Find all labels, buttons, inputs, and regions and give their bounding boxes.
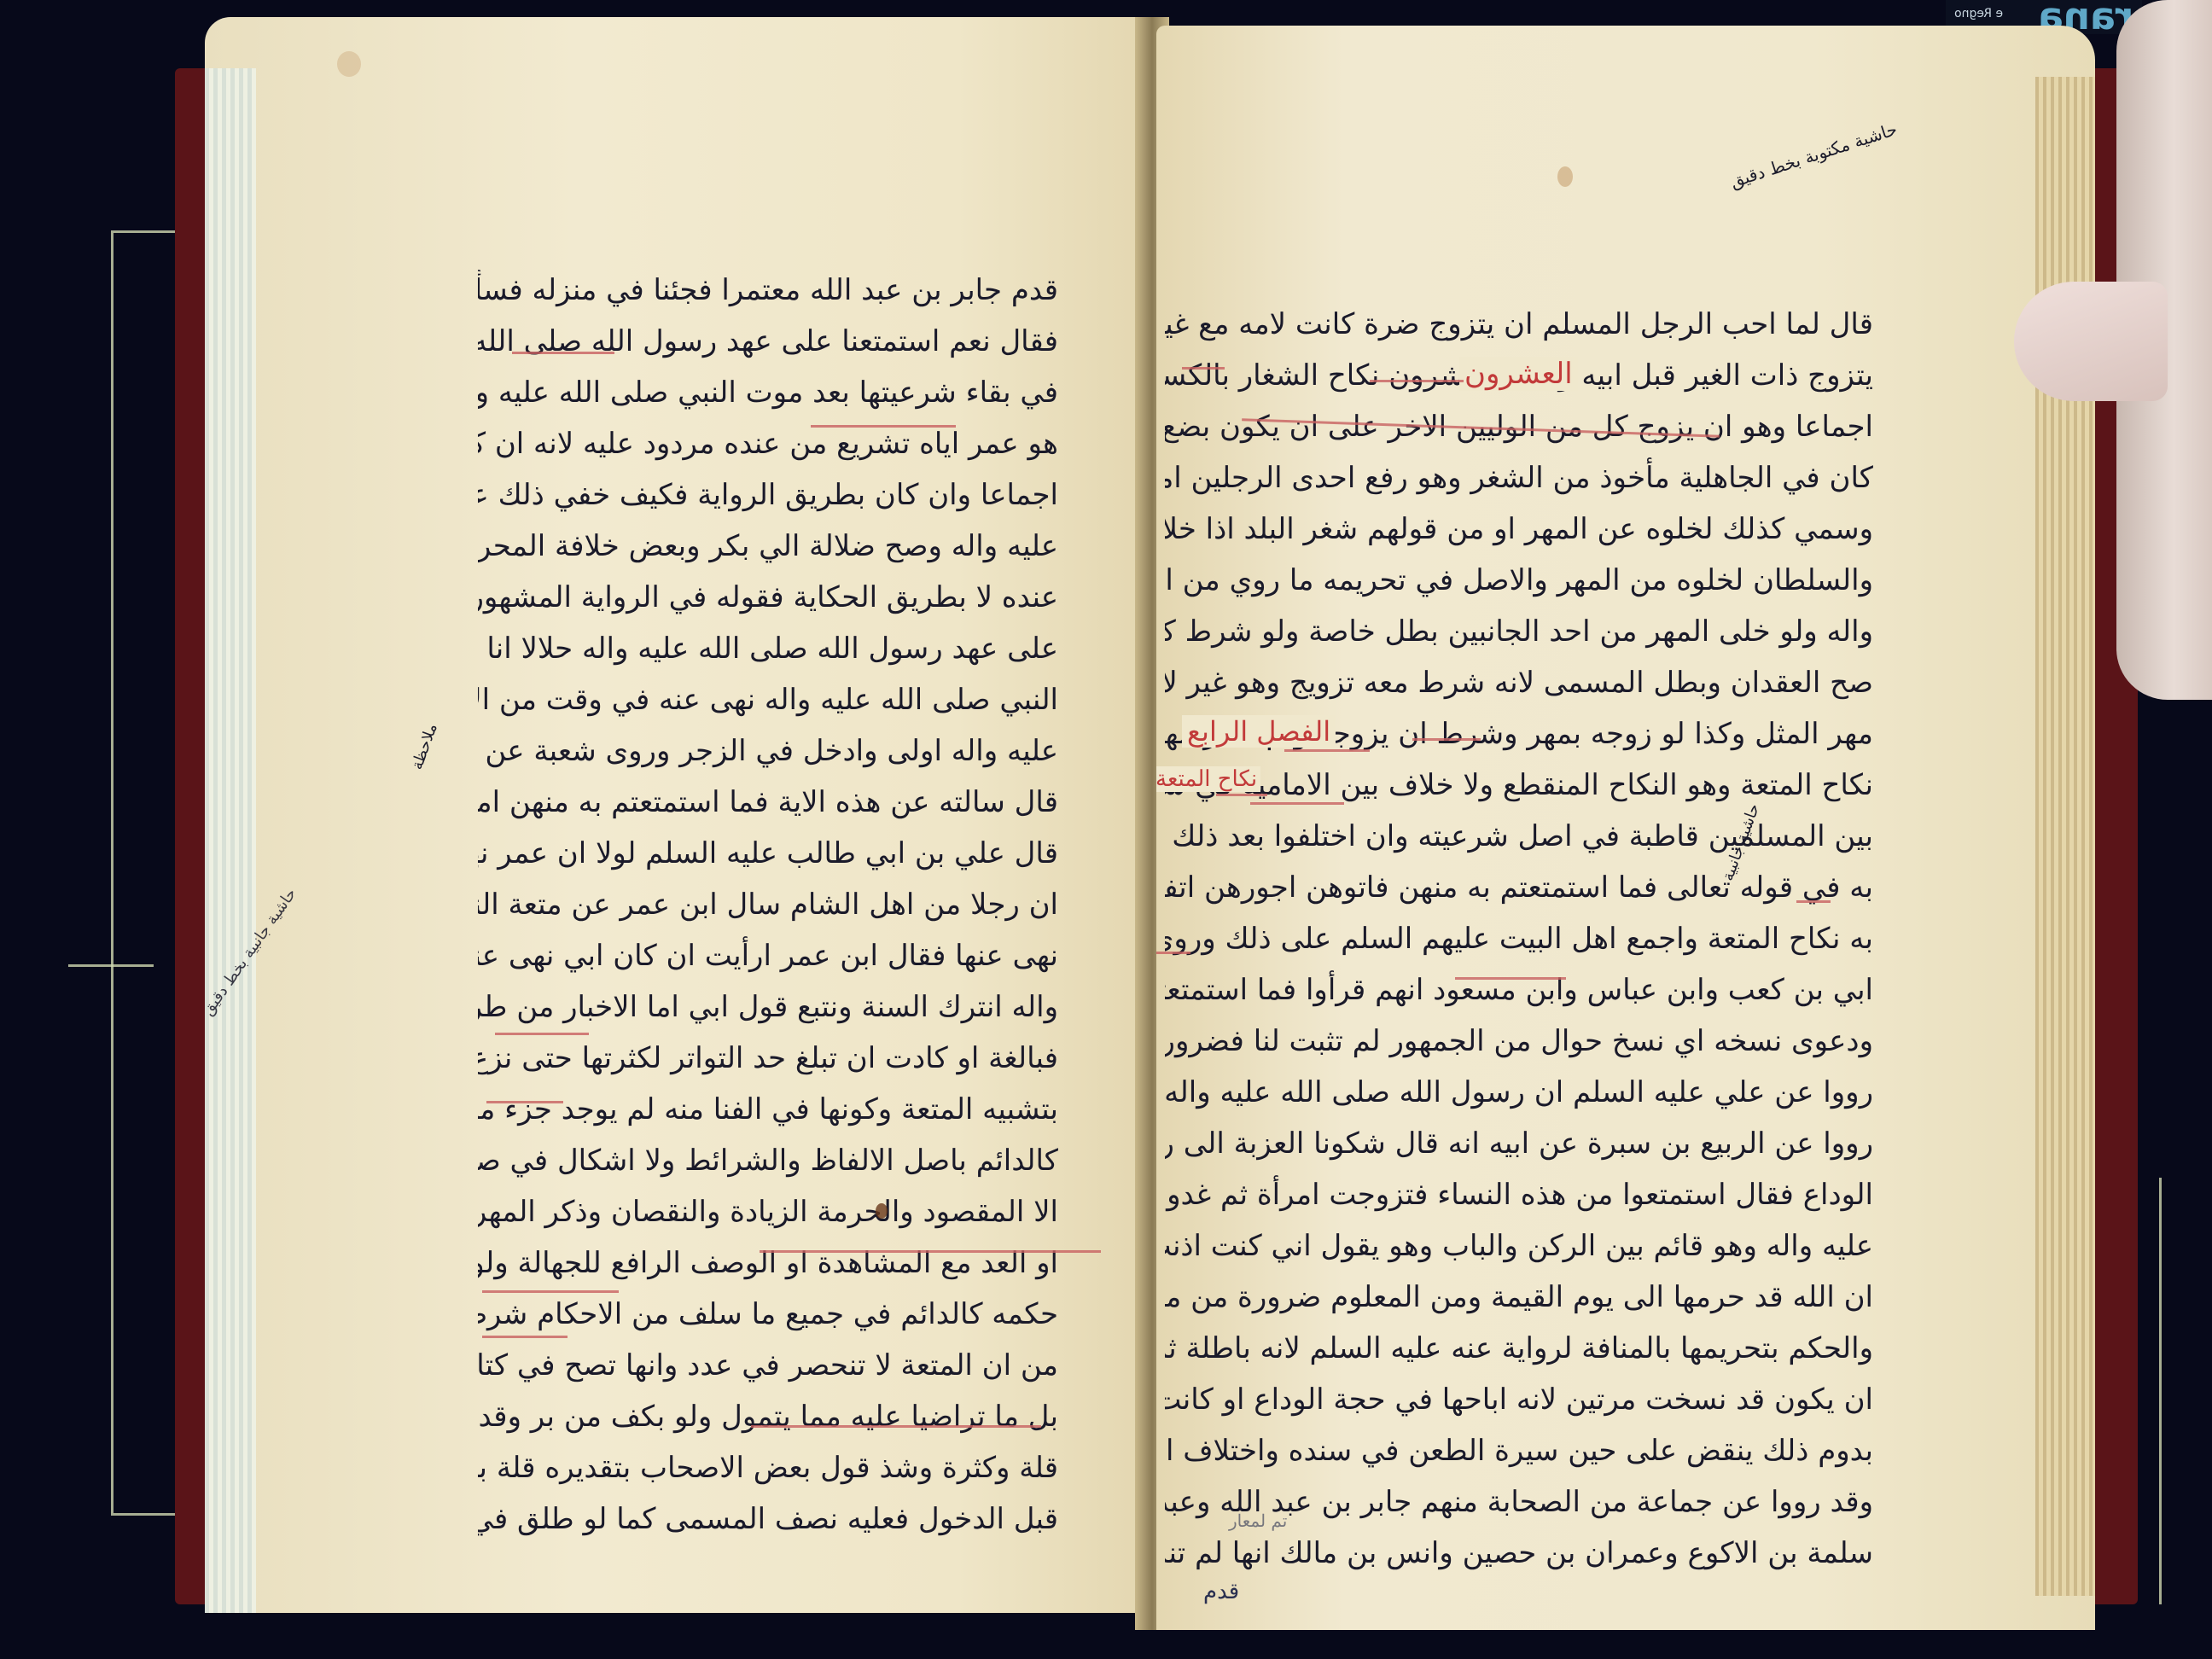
text-line: حكمه كالدائم في جميع ما سلف من الاحكام ش… (478, 1289, 1058, 1340)
rubric-heading: الفصل الرابع (1182, 715, 1336, 748)
cloth-pattern-line (68, 964, 154, 967)
text-line: هو عمر اياه تشريع من عنده مردود عليه لان… (478, 418, 1058, 469)
page-stack-edge (205, 68, 256, 1613)
text-line: اجماعا وهو ان يزوج كل من الوليين الاخر ع… (1165, 401, 1873, 452)
text-line: او العد مع المشاهدة او الوصف الرافع للجه… (478, 1237, 1058, 1289)
text-line: كالدائم باصل الالفاظ والشرائط ولا اشكال … (478, 1135, 1058, 1186)
right-page: قال لما احب الرجل المسلم ان يتزوج ضرة كا… (1156, 26, 2095, 1630)
rubric-underline (482, 1290, 619, 1293)
text-line: على عهد رسول الله صلى الله عليه واله حلا… (478, 623, 1058, 674)
thumb (2014, 282, 2168, 401)
text-line: كان في الجاهلية مأخوذ من الشغر وهو رفع ا… (1165, 452, 1873, 504)
cloth-pattern-line (2159, 1178, 2162, 1604)
rubric-underline (1156, 952, 1190, 954)
rubric-underline (1182, 367, 1225, 370)
rubric-heading: العشرون (1459, 357, 1578, 391)
text-line: قال علي بن ابي طالب عليه السلم لولا ان ع… (478, 828, 1058, 879)
paper-stain (1557, 166, 1573, 187)
rubric-heading: نكاح المتعة (1156, 766, 1260, 792)
text-line: فقال نعم استمتعنا على عهد رسول الله صلى … (478, 316, 1058, 367)
text-line: والسلطان لخلوه من المهر والاصل في تحريمه… (1165, 555, 1873, 606)
text-line: ان يكون قد نسخت مرتين لانه اباحها في حجة… (1165, 1374, 1873, 1425)
ink-blot (876, 1203, 888, 1219)
rubric-underline (1284, 749, 1370, 752)
text-line: والحكم بتحريمها بالمنافة لرواية عنه عليه… (1165, 1323, 1873, 1374)
text-line: قدم جابر بن عبد الله معتمرا فجئنا في منز… (478, 265, 1058, 316)
text-line: من ان المتعة لا تنحصر في عدد وانها تصح ف… (478, 1340, 1058, 1391)
rubric-underline (751, 1425, 1041, 1428)
cloth-pattern-line (111, 230, 182, 1516)
text-line: بل ما تراضيا عليه مما يتمول ولو بكف من ب… (478, 1391, 1058, 1442)
text-line: الوداع فقال استمتعوا من هذه النساء فتزوج… (1165, 1169, 1873, 1220)
magazine-subtitle: e Regno (1954, 7, 2003, 20)
rubric-underline (1216, 794, 1267, 796)
text-line: ابي بن كعب وابن عباس وابن مسعود انهم قرأ… (1165, 964, 1873, 1016)
text-line: بدوم ذلك ينقض على حين سيرة الطعن في سنده… (1165, 1425, 1873, 1476)
text-line: نهى عنها فقال ابن عمر ارأيت ان كان ابي ن… (478, 930, 1058, 981)
text-line: الا المقصود والحرمة الزيادة والنقصان وذك… (478, 1186, 1058, 1237)
text-line: ان الله قد حرمها الى يوم القيمة ومن المع… (1165, 1272, 1873, 1323)
left-page-text: قدم جابر بن عبد الله معتمرا فجئنا في منز… (478, 265, 1058, 1545)
text-line: واله ولو خلى المهر من احد الجانبين بطل خ… (1165, 606, 1873, 657)
rubric-underline (1455, 977, 1566, 980)
rubric-underline (879, 425, 956, 428)
text-line: رووا عن علي عليه السلم ان رسول الله صلى … (1165, 1067, 1873, 1118)
text-line: النبي صلى الله عليه واله نهى عنه في وقت … (478, 674, 1058, 725)
catchword: تم لمعار (1229, 1511, 1287, 1531)
margin-note-small: ملاحظة (409, 721, 441, 771)
rubric-underline (811, 425, 879, 428)
text-line: اجماعا وان كان بطريق الرواية فكيف خفي ذل… (478, 469, 1058, 521)
text-line: سلمة بن الاكوع وعمران بن حصين وانس بن ما… (1165, 1528, 1873, 1579)
rubric-underline (1412, 738, 1481, 741)
text-line: عليه واله وهو قائم بين الركن والباب وهو … (1165, 1220, 1873, 1272)
text-line: ودعوى نسخه اي نسخ حوال من الجمهور لم تثب… (1165, 1016, 1873, 1067)
rubric-underline (1370, 380, 1464, 382)
text-line: عليه واله وصح ضلالة الي بكر وبعض خلافة ا… (478, 521, 1058, 572)
text-line: فبالغة او كادت ان تبلغ حد التواتر لكثرته… (478, 1033, 1058, 1084)
text-line: صح العقدان وبطل المسمى لانه شرط معه تزوي… (1165, 657, 1873, 708)
text-line: في بقاء شرعيتها بعد موت النبي صلى الله ع… (478, 367, 1058, 418)
paper-stain (337, 51, 361, 77)
rubric-underline (495, 1033, 589, 1035)
rubric-underline (512, 352, 614, 354)
text-line: واله انترك السنة ونتبع قول ابي اما الاخب… (478, 981, 1058, 1033)
page-footnote: قدم (1203, 1579, 1239, 1604)
text-line: قلة وكثرة وشذ قول بعض الاصحاب بتقديره قل… (478, 1442, 1058, 1493)
text-line: عنده لا بطريق الحكاية فقوله في الرواية ا… (478, 572, 1058, 623)
text-line: عليه واله اولى وادخل في الزجر وروى شعبة … (478, 725, 1058, 777)
rubric-underline (482, 1336, 568, 1338)
text-line: قبل الدخول فعليه نصف المسمى كما لو طلق ف… (478, 1493, 1058, 1545)
text-line: رووا عن الربيع بن سبرة عن ابيه انه قال ش… (1165, 1118, 1873, 1169)
rubric-underline (1250, 802, 1344, 805)
text-line: ان رجلا من اهل الشام سال ابن عمر عن متعة… (478, 879, 1058, 930)
left-page: قدم جابر بن عبد الله معتمرا فجئنا في منز… (205, 17, 1144, 1613)
text-line: وسمي كذلك لخلوه عن المهر او من قولهم شغر… (1165, 504, 1873, 555)
rubric-underline (760, 1250, 1101, 1253)
text-line: قال سالته عن هذه الاية فما استمتعتم به م… (478, 777, 1058, 828)
